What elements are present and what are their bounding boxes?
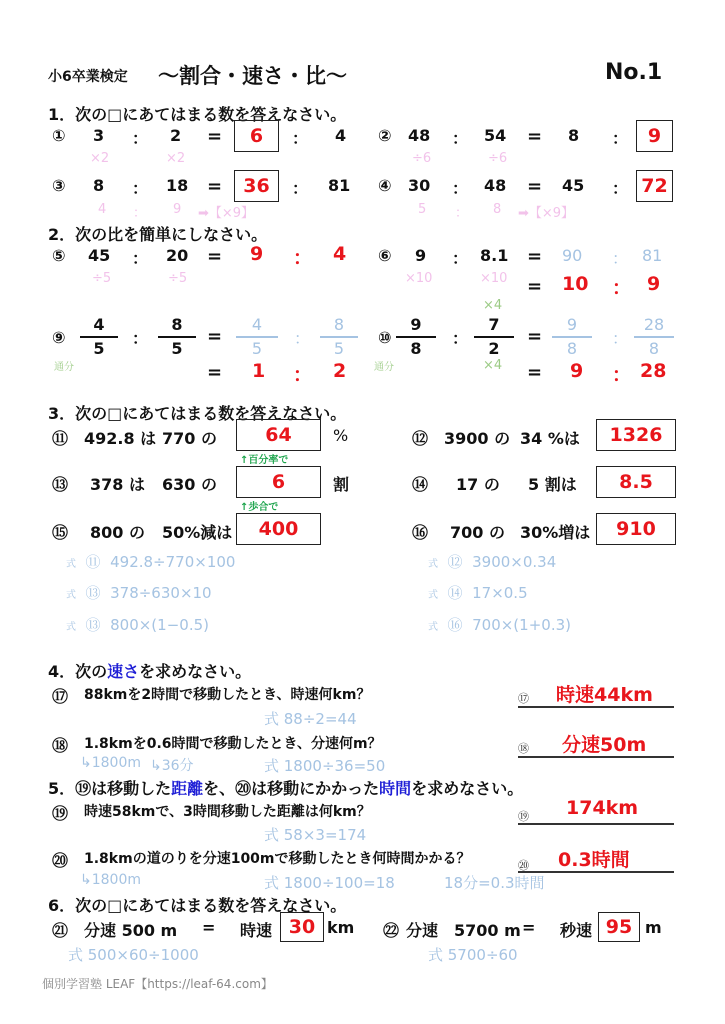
q1-colon: ：: [132, 126, 148, 149]
q10-mid-fraction-a: 98: [552, 316, 592, 358]
q13-text-a: 378 は: [90, 472, 145, 495]
q19-number: ⑲: [52, 801, 68, 824]
q20-number: ⑳: [52, 848, 68, 871]
q1-number: ①: [52, 126, 66, 145]
q4-b: 48: [484, 176, 506, 195]
q14-text-b: 5 割は: [528, 472, 577, 495]
q9-mid-fraction-b: 85: [320, 316, 358, 358]
q2-hint-b: ÷6: [488, 151, 507, 166]
q4-answer-box[interactable]: 72: [636, 170, 673, 202]
q3-b: 18: [166, 176, 188, 195]
q20-answer-line: [518, 871, 674, 873]
q21-formula: 式 500×60÷1000: [68, 944, 199, 965]
q11-unit: %: [333, 426, 348, 445]
q4-colon: ：: [452, 176, 468, 199]
q10-mid-fraction-b: 288: [634, 316, 674, 358]
q21-eq: =: [202, 918, 215, 937]
q10-hint-top: ×4: [483, 298, 502, 313]
q1-answer: 6: [250, 125, 263, 147]
q3-hint-a: 4: [98, 202, 106, 217]
q6-hint-b: ×10: [480, 271, 507, 286]
q2-answer-box[interactable]: 9: [636, 120, 673, 152]
q9-fraction-a: 45: [80, 316, 118, 358]
q1-b: 2: [170, 126, 181, 145]
q21-text-b: 時速: [240, 918, 272, 941]
keyword-time: 時間: [379, 779, 411, 798]
q13-note: ↑歩合で: [240, 498, 278, 513]
q10-fraction-b: 72: [474, 316, 514, 358]
q13-text-b: 630 の: [162, 472, 217, 495]
q3-answer-box[interactable]: 36: [234, 170, 279, 202]
q12-text-b: 34 %は: [520, 426, 580, 449]
q21-number: ㉑: [52, 918, 68, 941]
formula-13: 式 ⑬ 378÷630×10: [66, 582, 212, 603]
q22-answer-box[interactable]: 95: [598, 912, 640, 942]
q1-eq: =: [207, 126, 222, 147]
q16-number: ⑯: [412, 520, 428, 543]
q10-eq-2: =: [527, 362, 542, 383]
q1-a: 3: [93, 126, 104, 145]
q18-answer-number: ⑱: [518, 740, 529, 756]
q12-number: ⑫: [412, 426, 428, 449]
q5-a: 45: [88, 246, 110, 265]
q22-text-b: 秒速: [560, 918, 592, 941]
q14-answer: 8.5: [619, 471, 653, 493]
q5-answer-colon: ：: [293, 243, 312, 270]
q4-a: 30: [408, 176, 430, 195]
q3-colon-2: ：: [292, 176, 308, 199]
q6-mid-b: 81: [642, 246, 662, 265]
q11-text-b: 770 の: [162, 426, 217, 449]
q16-text-a: 700 の: [450, 520, 505, 543]
q5-eq: =: [207, 246, 222, 267]
q4-eq: =: [527, 176, 542, 197]
q15-number: ⑮: [52, 520, 68, 543]
q19-text: 時速58kmで、3時間移動した距離は何km？: [84, 801, 371, 821]
q6-mid-a: 90: [562, 246, 582, 265]
q22-unit: m: [645, 918, 662, 937]
q5-number: ⑤: [52, 246, 66, 265]
q17-text: 88kmを2時間で移動したとき、時速何km？: [84, 684, 370, 704]
q15-text-a: 800 の: [90, 520, 145, 543]
q21-unit: km: [327, 918, 354, 937]
q1-d: 4: [335, 126, 346, 145]
q22-eq: =: [522, 918, 535, 937]
q2-colon: ：: [452, 126, 468, 149]
q11-answer: 64: [265, 424, 291, 446]
q5-answer-b: 4: [333, 243, 346, 265]
q17-answer-line: [518, 706, 674, 708]
q16-text-b: 30%増は: [520, 520, 590, 543]
q11-answer-box[interactable]: 64: [236, 419, 321, 451]
q10-fraction-a: 98: [396, 316, 436, 358]
q13-answer: 6: [272, 471, 285, 493]
q19-answer: 174km: [566, 797, 638, 819]
q22-formula: 式 5700÷60: [428, 944, 518, 965]
q4-hint-colon: ：: [455, 202, 468, 221]
q15-answer-box[interactable]: 400: [236, 513, 321, 545]
q2-b: 54: [484, 126, 506, 145]
q3-eq: =: [207, 176, 222, 197]
q3-hint-colon: ：: [133, 202, 146, 221]
q1-hint-b: ×2: [166, 151, 185, 166]
q6-answer-b: 9: [647, 273, 660, 295]
q2-hint-a: ÷6: [412, 151, 431, 166]
q21-answer: 30: [289, 916, 315, 938]
q4-hint-a: 5: [418, 202, 426, 217]
q2-number: ②: [378, 126, 392, 145]
q10-mid-colon: ：: [612, 326, 628, 349]
section-2-heading: 2．次の比を簡単にしなさい。: [48, 222, 267, 245]
q14-answer-box[interactable]: 8.5: [596, 466, 676, 498]
q9-answer-colon: ：: [293, 360, 312, 387]
q3-a: 8: [93, 176, 104, 195]
q6-answer-a: 10: [562, 273, 588, 295]
q10-answer-a: 9: [570, 360, 583, 382]
q14-number: ⑭: [412, 472, 428, 495]
formula-15: 式 ⑬ 800×(1−0.5): [66, 614, 209, 635]
q6-hint-a: ×10: [405, 271, 432, 286]
q3-hint-b: 9: [173, 202, 181, 217]
q10-hint-bottom: ×4: [483, 358, 502, 373]
q13-number: ⑬: [52, 472, 68, 495]
q5-hint-a: ÷5: [92, 271, 111, 286]
q10-eq: =: [527, 326, 542, 347]
q20-formula: 式 1800÷100=18: [264, 872, 395, 893]
q9-number: ⑨: [52, 328, 66, 347]
q21-answer-box[interactable]: 30: [280, 912, 324, 942]
q10-number: ⑩: [378, 328, 392, 347]
q16-answer: 910: [616, 518, 656, 540]
q11-number: ⑪: [52, 426, 68, 449]
q1-colon-2: ：: [292, 126, 308, 149]
formula-11: 式 ⑪ 492.8÷770×100: [66, 551, 235, 572]
q6-mid-colon: ：: [612, 246, 628, 269]
q6-answer-colon: ：: [612, 273, 631, 300]
q22-number: ㉒: [383, 918, 399, 941]
q12-answer: 1326: [610, 424, 663, 446]
page-title: 〜割合・速さ・比〜: [158, 60, 347, 90]
q6-b: 8.1: [480, 246, 508, 265]
q19-answer-number: ⑲: [518, 808, 529, 824]
q5-answer-a: 9: [250, 243, 263, 265]
q6-colon: ：: [452, 246, 468, 269]
q10-answer-b: 28: [640, 360, 666, 382]
q11-note: ↑百分率で: [240, 451, 288, 466]
keyword-speed: 速さ: [107, 662, 139, 681]
q9-colon: ：: [132, 326, 148, 349]
q3-number: ③: [52, 176, 66, 195]
q4-c: 45: [562, 176, 584, 195]
q9-answer-a: 1: [252, 360, 265, 382]
q3-hint-arrow: ➡【×9】: [198, 202, 254, 221]
q18-formula: 式 1800÷36=50: [264, 755, 385, 776]
grade-label: 小6卒業検定: [48, 66, 128, 86]
formula-16: 式 ⑯ 700×(1+0.3): [428, 614, 571, 635]
q18-answer-line: [518, 756, 674, 758]
q18-answer: 分速50m: [562, 730, 646, 757]
q17-formula: 式 88÷2=44: [264, 708, 357, 729]
q6-eq-2: =: [527, 276, 542, 297]
q4-number: ④: [378, 176, 392, 195]
q19-answer-line: [518, 823, 674, 825]
q4-answer: 72: [641, 175, 667, 197]
q12-text-a: 3900 の: [444, 426, 510, 449]
q17-answer-number: ⑰: [518, 690, 529, 706]
q18-hint-2: ↳36分: [150, 755, 194, 775]
q9-mid-colon: ：: [294, 326, 310, 349]
q13-answer-box[interactable]: 6: [236, 466, 321, 498]
q4-colon-2: ：: [612, 176, 628, 199]
q2-colon-2: ：: [612, 126, 628, 149]
q9-mid-fraction-a: 45: [236, 316, 278, 358]
q19-formula: 式 58×3=174: [264, 824, 366, 845]
formula-12: 式 ⑫ 3900×0.34: [428, 551, 556, 572]
q9-fraction-b: 85: [158, 316, 196, 358]
q1-answer-box[interactable]: 6: [234, 120, 279, 152]
q9-note: 通分: [54, 358, 74, 373]
q17-answer: 時速44km: [556, 680, 653, 707]
section-5-heading: 5．⑲は移動した距離を、⑳は移動にかかった時間を求めなさい。: [48, 776, 523, 799]
q5-colon: ：: [132, 246, 148, 269]
q3-answer: 36: [243, 175, 269, 197]
q2-answer: 9: [648, 125, 661, 147]
q6-number: ⑥: [378, 246, 392, 265]
q16-answer-box[interactable]: 910: [596, 513, 676, 545]
q4-hint-arrow: ➡【×9】: [518, 202, 574, 221]
q20-text: 1.8kmの道のりを分速100mで移動したとき何時間かかる？: [84, 848, 471, 868]
q20-answer: 0.3時間: [558, 845, 630, 872]
q20-formula-2: 18分=0.3時間: [444, 872, 545, 893]
q6-a: 9: [415, 246, 426, 265]
q21-text-a: 分速 500 m: [84, 918, 177, 941]
page-number: No.1: [605, 60, 662, 85]
q2-c: 8: [568, 126, 579, 145]
q12-answer-box[interactable]: 1326: [596, 419, 676, 451]
q2-a: 48: [408, 126, 430, 145]
q10-colon: ：: [452, 326, 468, 349]
q11-text-a: 492.8 は: [84, 426, 156, 449]
q10-answer-colon: ：: [612, 360, 631, 387]
footer-credit: 個別学習塾 LEAF【https://leaf-64.com】: [42, 975, 273, 992]
q22-answer: 95: [606, 916, 632, 938]
section-4-heading: 4．次の速さを求めなさい。: [48, 659, 251, 682]
q14-text-a: 17 の: [456, 472, 500, 495]
q5-hint-b: ÷5: [168, 271, 187, 286]
q15-answer: 400: [259, 518, 299, 540]
q18-hint-1: ↳1800m: [80, 755, 141, 771]
q18-text: 1.8kmを0.6時間で移動したとき、分速何m？: [84, 733, 382, 753]
q20-hint-1: ↳1800m: [80, 872, 141, 888]
q10-note: 通分: [374, 358, 394, 373]
q5-b: 20: [166, 246, 188, 265]
q6-eq: =: [527, 246, 542, 267]
q1-hint-a: ×2: [90, 151, 109, 166]
q9-eq-2: =: [207, 362, 222, 383]
q9-eq: =: [207, 326, 222, 347]
q22-text-a: 分速 5700 m: [406, 918, 521, 941]
q9-answer-b: 2: [333, 360, 346, 382]
q3-colon: ：: [132, 176, 148, 199]
q17-number: ⑰: [52, 684, 68, 707]
q15-text-b: 50%減は: [162, 520, 232, 543]
q13-unit: 割: [333, 472, 349, 495]
q2-eq: =: [527, 126, 542, 147]
q4-hint-b: 8: [493, 202, 501, 217]
q3-d: 81: [328, 176, 350, 195]
section-1-heading: 1．次の□にあてはまる数を答えなさい。: [48, 102, 346, 125]
q18-number: ⑱: [52, 733, 68, 756]
formula-14: 式 ⑭ 17×0.5: [428, 582, 528, 603]
keyword-distance: 距離: [171, 779, 203, 798]
